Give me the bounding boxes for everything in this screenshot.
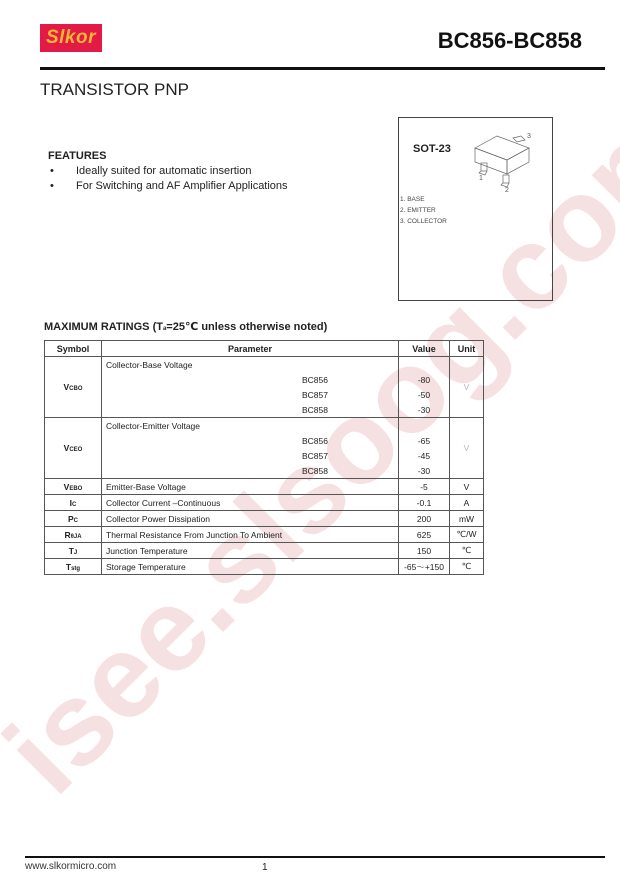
value-cell: 200 — [399, 511, 450, 527]
pin-2-label: 2 — [505, 187, 509, 194]
symbol-subscript: CEO — [69, 447, 82, 453]
header-symbol: Symbol — [45, 341, 102, 357]
ratings-title-text: MAXIMUM RATINGS (T — [44, 321, 163, 333]
pin-list: 1. BASE 2. EMITTER 3. COLLECTOR — [400, 194, 447, 227]
table-row: BC856 -80 — [45, 372, 484, 387]
symbol-cell: VEBO — [45, 479, 102, 495]
features-section: FEATURES Ideally suited for automatic in… — [48, 150, 288, 194]
table-row: RθJA Thermal Resistance From Junction To… — [45, 527, 484, 543]
value-cell: -45 — [399, 448, 450, 463]
pin-3-label: 3 — [527, 133, 531, 140]
parameter-cell: Storage Temperature — [102, 559, 399, 575]
part-variant-cell: BC856 — [102, 372, 399, 387]
part-variant-cell: BC856 — [102, 433, 399, 448]
value-cell: -80 — [399, 372, 450, 387]
part-variant-cell: BC857 — [102, 448, 399, 463]
pin-base: 1. BASE — [400, 194, 447, 205]
symbol-subscript: CBO — [69, 386, 82, 392]
symbol-subscript: EBO — [69, 486, 82, 492]
table-row: BC857 -45 — [45, 448, 484, 463]
parameter-cell: Collector-Emitter Voltage — [102, 418, 399, 434]
symbol-subscript: C — [74, 518, 78, 524]
page-number: 1 — [262, 862, 268, 873]
sot23-package-icon: 1 2 3 — [467, 128, 547, 198]
value-cell: 150 — [399, 543, 450, 559]
pin-collector: 3. COLLECTOR — [400, 216, 447, 227]
unit-cell: V — [450, 418, 484, 479]
unit-cell: ℃/W — [450, 527, 484, 543]
unit-cell: ℃ — [450, 543, 484, 559]
package-box: SOT-23 1 2 3 1. BASE 2. EMITTER 3. COLLE… — [398, 117, 553, 301]
brand-name: Slkor — [46, 27, 96, 49]
value-cell: -50 — [399, 387, 450, 402]
value-cell: -5 — [399, 479, 450, 495]
parameter-cell: Junction Temperature — [102, 543, 399, 559]
brand-logo: Slkor — [40, 24, 102, 52]
symbol-cell: IC — [45, 495, 102, 511]
table-row: Tstg Storage Temperature -65～+150 ℃ — [45, 559, 484, 575]
part-variant-cell: BC858 — [102, 402, 399, 418]
parameter-cell: Emitter-Base Voltage — [102, 479, 399, 495]
symbol-subscript: θJA — [71, 534, 82, 540]
parameter-cell: Collector Power Dissipation — [102, 511, 399, 527]
value-cell: -30 — [399, 463, 450, 479]
unit-cell: A — [450, 495, 484, 511]
unit-cell: V — [450, 479, 484, 495]
table-row: VEBO Emitter-Base Voltage -5 V — [45, 479, 484, 495]
table-row: BC857 -50 — [45, 387, 484, 402]
unit-cell: ℃ — [450, 559, 484, 575]
symbol-cell: TJ — [45, 543, 102, 559]
unit-cell: V — [450, 357, 484, 418]
symbol-subscript: C — [72, 502, 76, 508]
symbol-subscript: stg — [71, 566, 80, 572]
device-type-subtitle: TRANSISTOR PNP — [40, 80, 189, 100]
table-row: TJ Junction Temperature 150 ℃ — [45, 543, 484, 559]
symbol-subscript: J — [74, 550, 77, 556]
part-number-title: BC856-BC858 — [438, 28, 582, 54]
symbol-cell: VCBO — [45, 357, 102, 418]
footer-divider — [25, 856, 605, 858]
table-row: VCBO Collector-Base Voltage V — [45, 357, 484, 373]
table-row: BC858 -30 — [45, 402, 484, 418]
pin-emitter: 2. EMITTER — [400, 205, 447, 216]
header-parameter: Parameter — [102, 341, 399, 357]
parameter-cell: Collector-Base Voltage — [102, 357, 399, 373]
pin-1-label: 1 — [479, 175, 483, 182]
unit-cell: mW — [450, 511, 484, 527]
ratings-title: MAXIMUM RATINGS (Ta=25℃ unless otherwise… — [44, 320, 327, 333]
feature-item: Ideally suited for automatic insertion — [48, 164, 288, 179]
parameter-cell: Collector Current –Continuous — [102, 495, 399, 511]
value-cell: -0.1 — [399, 495, 450, 511]
header-unit: Unit — [450, 341, 484, 357]
max-ratings-table: Symbol Parameter Value Unit VCBO Collect… — [44, 340, 484, 575]
table-row: BC856 -65 — [45, 433, 484, 448]
table-row: VCEO Collector-Emitter Voltage V — [45, 418, 484, 434]
table-header-row: Symbol Parameter Value Unit — [45, 341, 484, 357]
footer-website: www.slkormicro.com — [25, 861, 116, 872]
symbol-cell: Tstg — [45, 559, 102, 575]
value-cell: -65～+150 — [399, 559, 450, 575]
symbol-cell: RθJA — [45, 527, 102, 543]
symbol-cell: PC — [45, 511, 102, 527]
features-heading: FEATURES — [48, 150, 288, 162]
value-cell: -30 — [399, 402, 450, 418]
table-row: PC Collector Power Dissipation 200 mW — [45, 511, 484, 527]
value-cell: 625 — [399, 527, 450, 543]
value-cell — [399, 418, 450, 434]
table-row: BC858 -30 — [45, 463, 484, 479]
ratings-title-rest: =25℃ unless otherwise noted) — [166, 321, 327, 333]
header-divider — [40, 67, 605, 70]
value-cell — [399, 357, 450, 373]
table-row: IC Collector Current –Continuous -0.1 A — [45, 495, 484, 511]
parameter-cell: Thermal Resistance From Junction To Ambi… — [102, 527, 399, 543]
feature-item: For Switching and AF Amplifier Applicati… — [48, 179, 288, 194]
value-cell: -65 — [399, 433, 450, 448]
package-name: SOT-23 — [413, 143, 451, 155]
part-variant-cell: BC858 — [102, 463, 399, 479]
symbol-cell: VCEO — [45, 418, 102, 479]
part-variant-cell: BC857 — [102, 387, 399, 402]
header-value: Value — [399, 341, 450, 357]
